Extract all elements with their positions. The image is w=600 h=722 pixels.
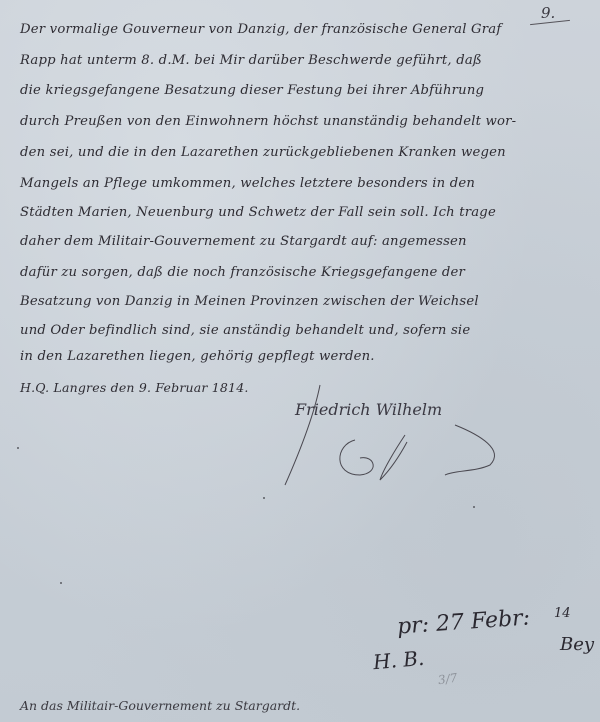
paper-speck (17, 447, 19, 449)
body-line-11: und Oder befindlich sind, sie anständig … (20, 323, 470, 338)
paper-speck (60, 582, 62, 584)
body-line-7: Städten Marien, Neuenburg und Schwetz de… (20, 205, 496, 220)
body-line-12: in den Lazarethen liegen, gehörig gepfle… (20, 349, 375, 364)
body-line-3: die kriegsgefangene Besatzung dieser Fes… (20, 83, 484, 98)
body-line-6: Mangels an Pflege umkommen, welches letz… (20, 176, 475, 191)
paper-speck (473, 506, 475, 508)
journal-mark: H. B. (372, 646, 425, 674)
pencil-note: 3/7 (437, 671, 458, 688)
body-line-8: daher dem Militair-Gouvernement zu Starg… (20, 234, 467, 249)
receipt-note: pr: 27 Febr: (396, 605, 531, 639)
receipt-initial: Bey (560, 634, 594, 655)
body-line-4: durch Preußen von den Einwohnern höchst … (20, 114, 516, 129)
folio-number: 9. (541, 4, 555, 22)
address-line: An das Militair-Gouvernement zu Stargard… (20, 698, 300, 713)
place-date: H.Q. Langres den 9. Februar 1814. (20, 380, 249, 395)
receipt-superscript: 14 (554, 606, 571, 621)
letter-sheet: 9. Der vormalige Gouverneur von Danzig, … (0, 0, 600, 722)
signature-flourish-icon (255, 380, 515, 490)
body-line-10: Besatzung von Danzig in Meinen Provinzen… (20, 294, 479, 309)
body-line-5: den sei, und die in den Lazarethen zurüc… (20, 145, 506, 160)
signature: Friedrich Wilhelm (295, 400, 442, 419)
body-line-9: dafür zu sorgen, daß die noch französisc… (20, 265, 465, 280)
body-line-1: Der vormalige Gouverneur von Danzig, der… (20, 22, 501, 37)
paper-speck (263, 497, 265, 499)
body-line-2: Rapp hat unterm 8. d.M. bei Mir darüber … (20, 53, 482, 68)
